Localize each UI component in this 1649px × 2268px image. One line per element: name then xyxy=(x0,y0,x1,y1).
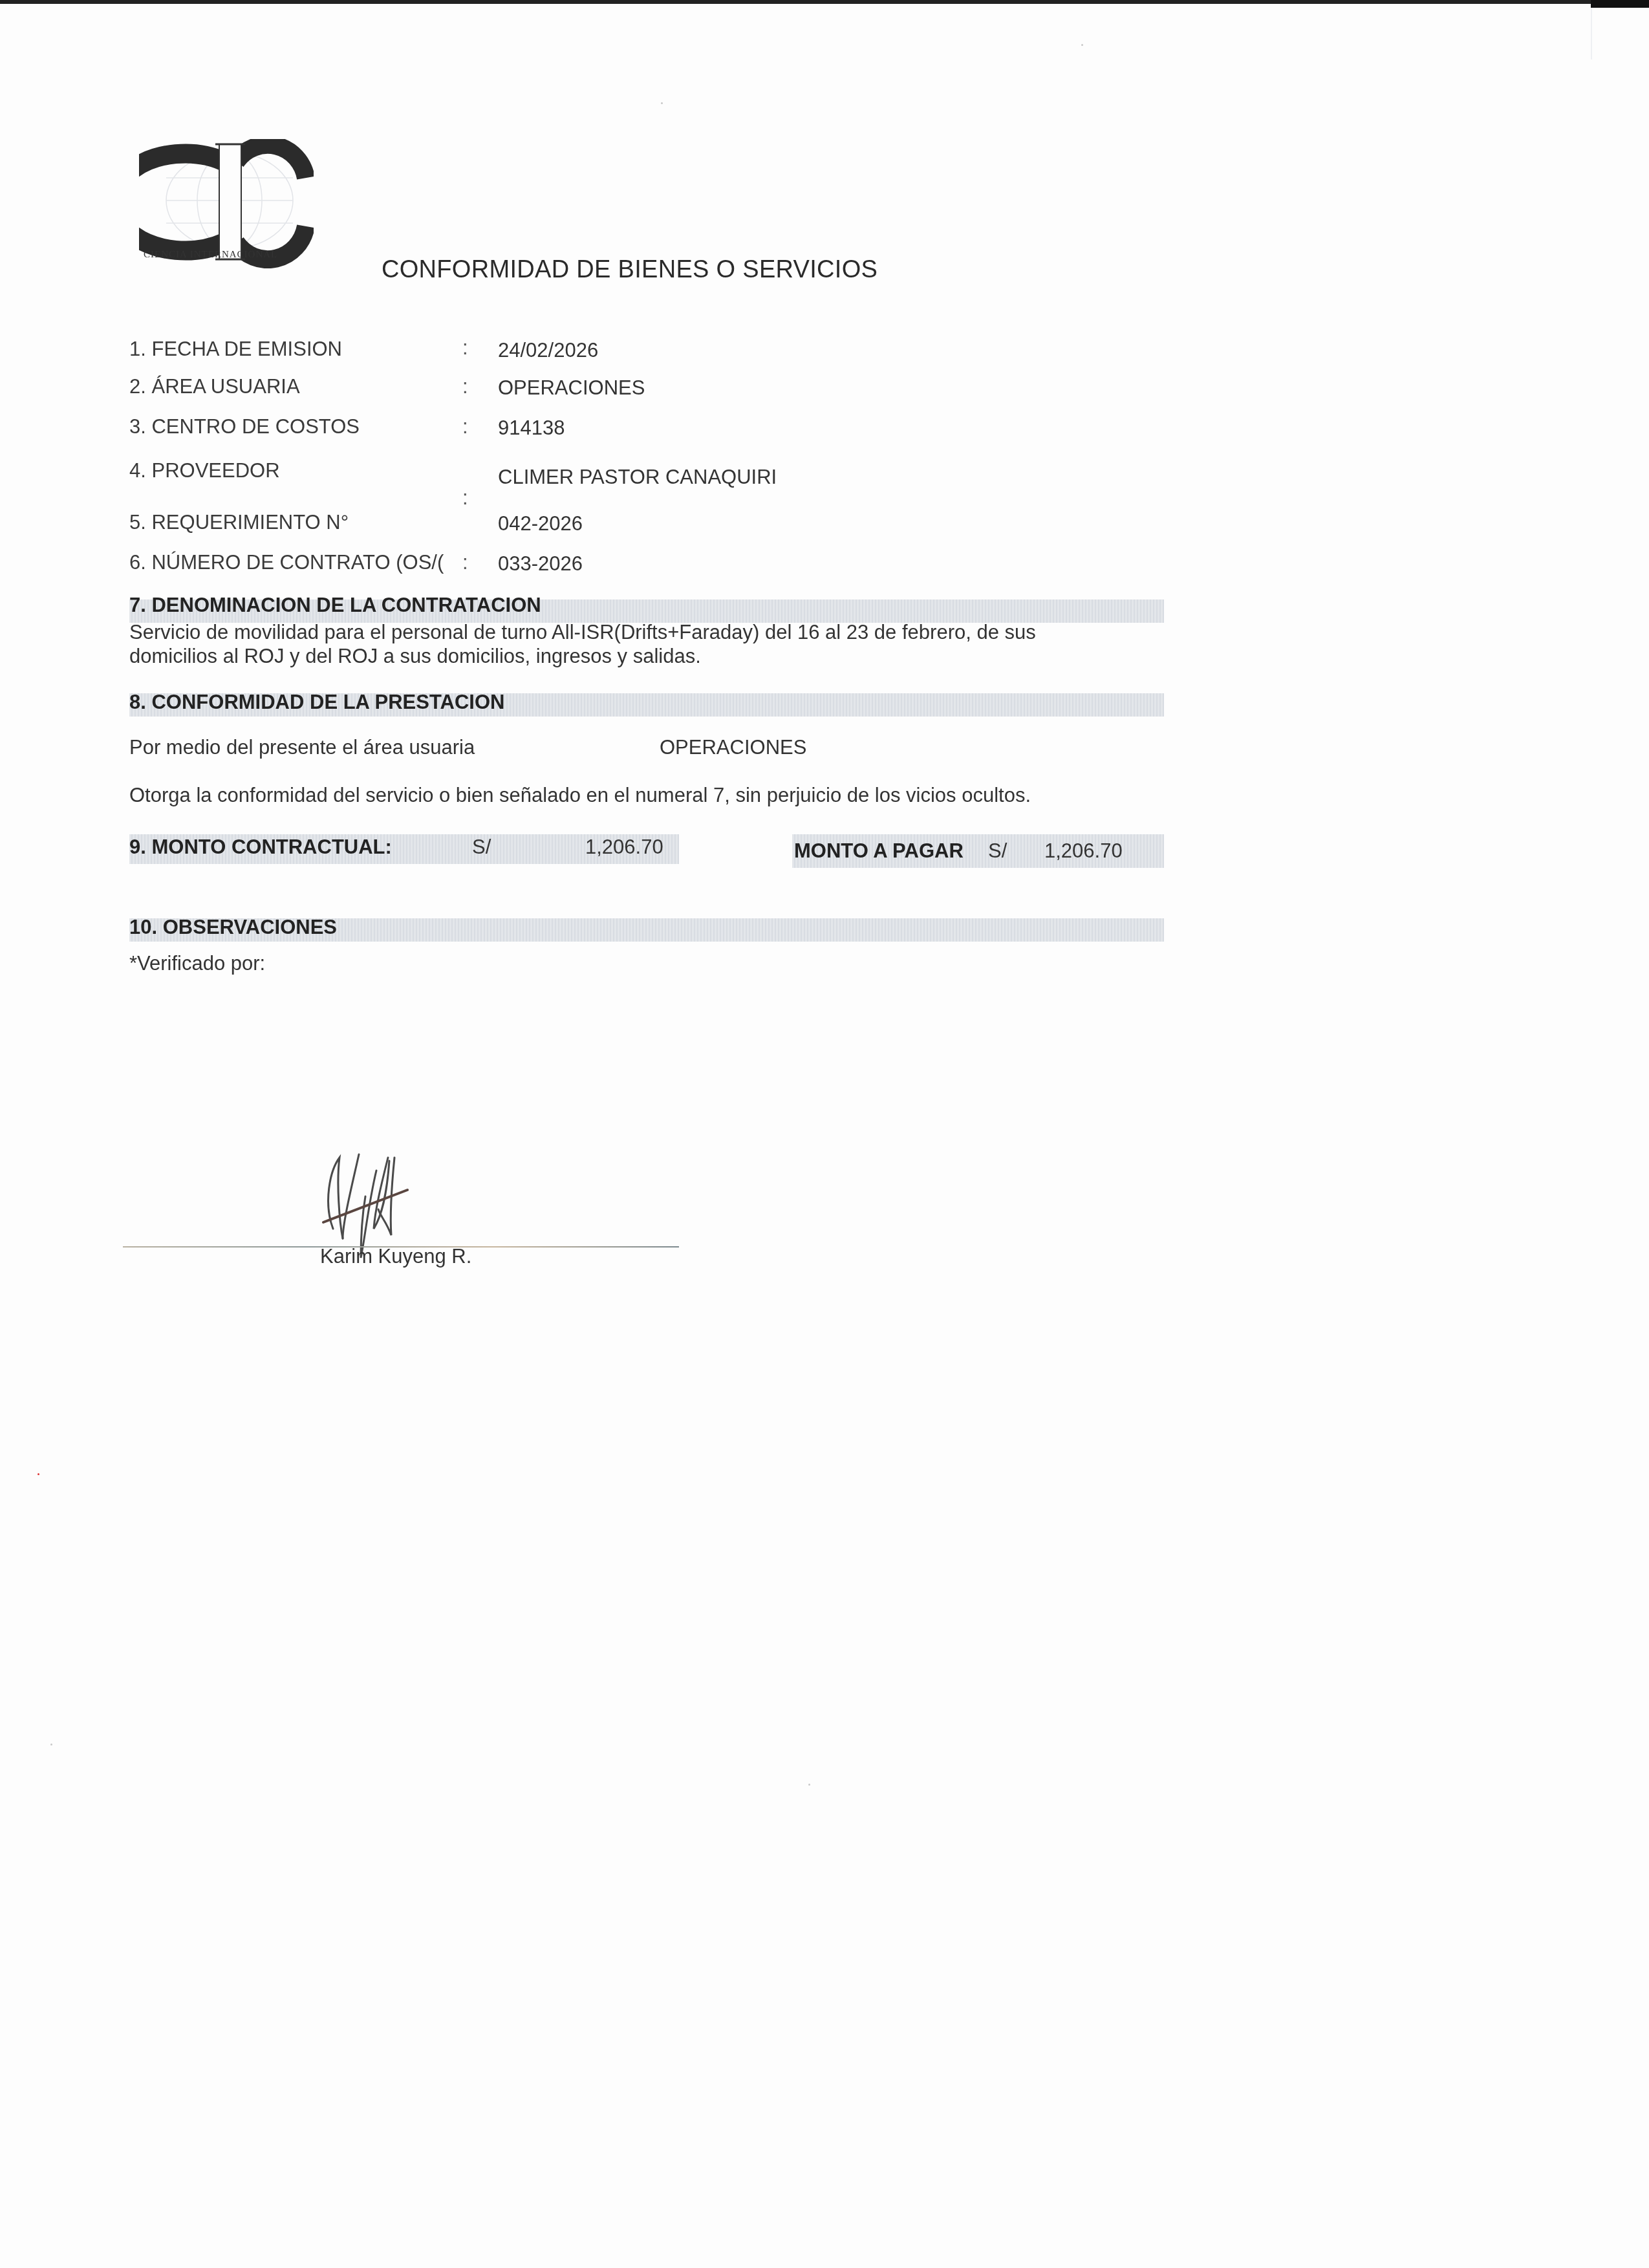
company-logo-icon xyxy=(139,139,314,268)
contract-currency: S/ xyxy=(472,836,491,859)
field-colon: : xyxy=(462,336,468,360)
section-9-heading: 9. MONTO CONTRACTUAL: xyxy=(129,836,392,859)
scan-top-edge xyxy=(0,0,1597,4)
section-8-area: OPERACIONES xyxy=(660,736,806,759)
scan-speck xyxy=(808,1784,810,1786)
field-colon: : xyxy=(462,415,468,438)
field-label-requerimiento: 5. REQUERIMIENTO N° xyxy=(129,511,349,534)
field-label-contrato: 6. NÚMERO DE CONTRATO (OS/( xyxy=(129,551,462,574)
field-value-area: OPERACIONES xyxy=(498,376,645,400)
field-colon: : xyxy=(462,375,468,398)
scan-speck xyxy=(38,1473,39,1475)
scan-page-edge xyxy=(1591,8,1592,59)
scan-speck xyxy=(50,1744,52,1745)
scan-speck xyxy=(1081,44,1083,46)
company-name: CIENCIA INTERNACIONAL xyxy=(144,250,277,261)
contract-amount: 1,206.70 xyxy=(585,836,663,859)
field-value-requerimiento: 042-2026 xyxy=(498,512,583,535)
section-7-line-1: Servicio de movilidad para el personal d… xyxy=(129,621,1036,644)
section-7-heading: 7. DENOMINACION DE LA CONTRATACION xyxy=(129,594,541,617)
scan-speck xyxy=(661,102,663,104)
section-8-statement: Otorga la conformidad del servicio o bie… xyxy=(129,784,1031,807)
field-label-area: 2. ÁREA USUARIA xyxy=(129,375,300,398)
section-8-intro: Por medio del presente el área usuaria xyxy=(129,736,475,759)
field-value-centro-costos: 914138 xyxy=(498,416,565,440)
pay-label: MONTO A PAGAR xyxy=(794,839,964,863)
field-label-centro-costos: 3. CENTRO DE COSTOS xyxy=(129,415,360,438)
field-label-proveedor: 4. PROVEEDOR xyxy=(129,459,280,482)
field-label-fecha: 1. FECHA DE EMISION xyxy=(129,338,342,361)
pay-currency: S/ xyxy=(988,839,1007,863)
scan-top-edge-right xyxy=(1591,0,1649,8)
signer-name: Karim Kuyeng R. xyxy=(320,1245,471,1268)
field-value-proveedor: CLIMER PASTOR CANAQUIRI xyxy=(498,466,777,489)
field-value-fecha: 24/02/2026 xyxy=(498,339,598,362)
field-colon: : xyxy=(462,551,468,574)
section-8-heading: 8. CONFORMIDAD DE LA PRESTACION xyxy=(129,691,504,714)
field-colon: : xyxy=(462,486,468,510)
section-7-line-2: domicilios al ROJ y del ROJ a sus domici… xyxy=(129,645,701,668)
section-10-heading: 10. OBSERVACIONES xyxy=(129,916,337,939)
field-value-contrato: 033-2026 xyxy=(498,552,583,576)
page-title: CONFORMIDAD DE BIENES O SERVICIOS xyxy=(382,256,878,284)
section-10-note: *Verificado por: xyxy=(129,952,265,975)
pay-amount: 1,206.70 xyxy=(1044,839,1123,863)
